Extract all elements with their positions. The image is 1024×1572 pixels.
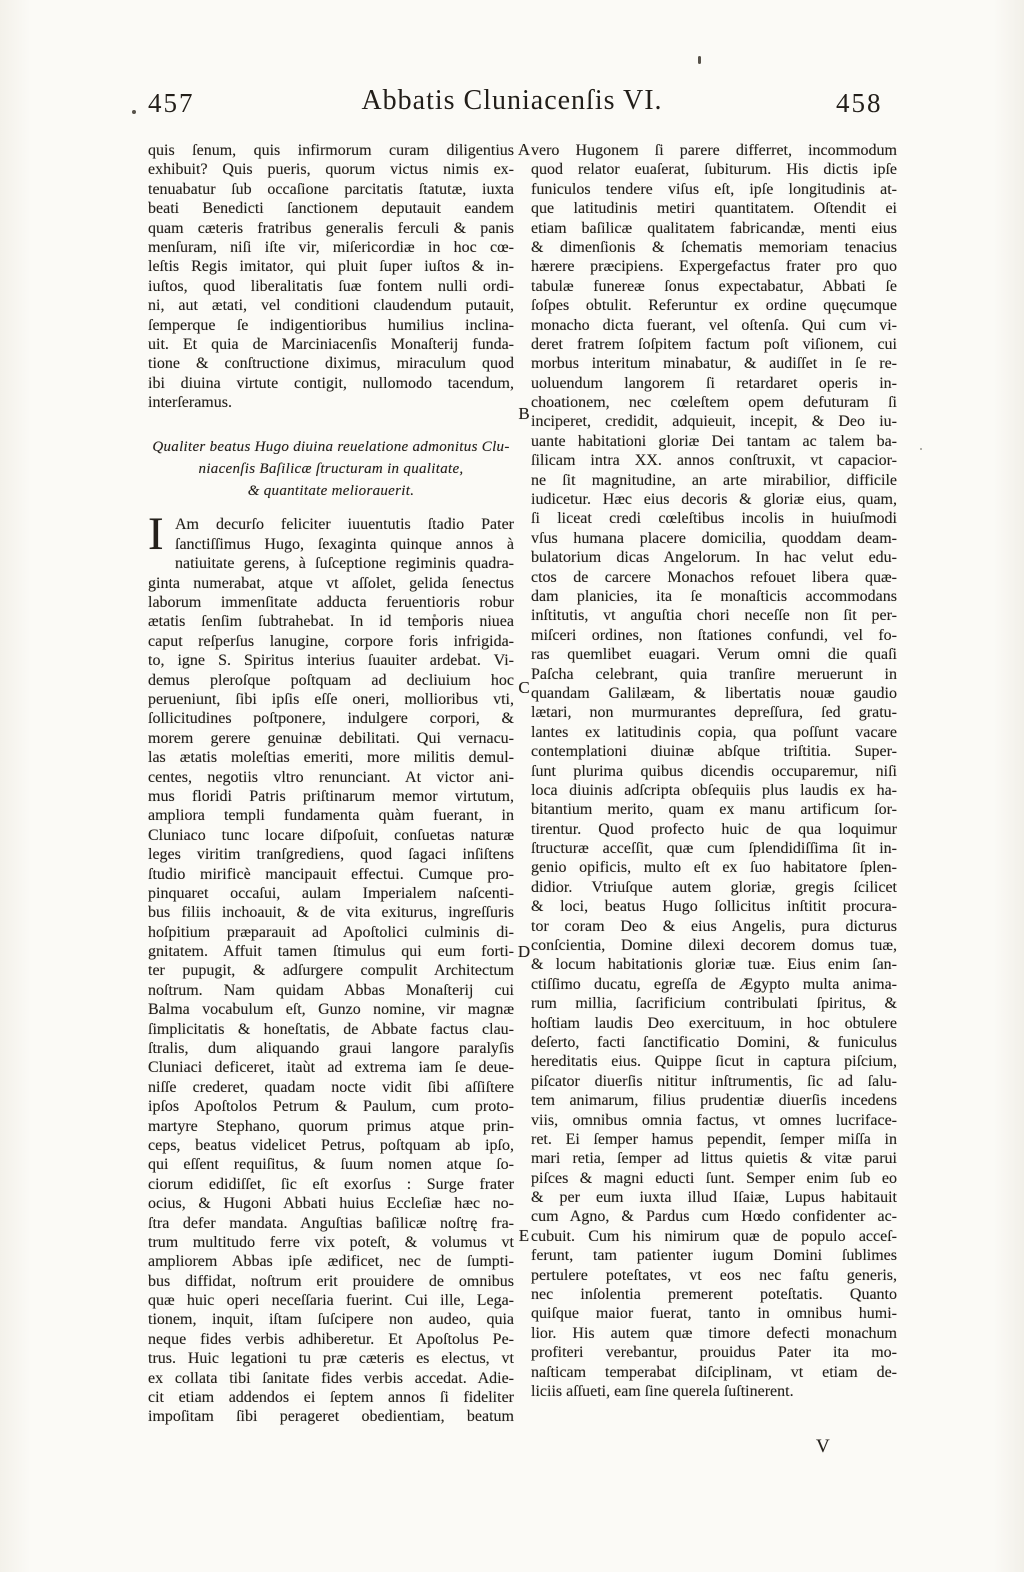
text-line: trum multitudo ferre vix poteſt, & volum… [148, 1233, 514, 1252]
page-number-right: 458 [836, 88, 883, 119]
text-line: nec inſolentia premerent poteſtatis. Qua… [531, 1285, 897, 1304]
text-line: demus pleroſque poſtquam ad decliuium ho… [148, 671, 514, 690]
text-line: cum Agno, & Pardus cum Hœdo confidenter … [531, 1207, 897, 1226]
text-line: natiuitate gerens, à ſuſceptione regimin… [175, 554, 514, 573]
text-line: noſtrum. Nam quidam Abbas Monaſterij cui [148, 981, 514, 1000]
text-line: ter pupugit, & adſurgere compulit Archit… [148, 961, 514, 980]
paragraph-with-dropcap: I Am decurſo feliciter iuuentutis ſtadio… [148, 515, 514, 1426]
text-line: ctiſſimo ducatu, egreſſa de Ægypto multa… [531, 975, 897, 994]
text-line: cubuit. Cum his nimirum quæ de populo ac… [531, 1227, 897, 1246]
text-line: loca diuinis adſcripta obſequiis plus la… [531, 781, 897, 800]
text-line: vſus humana placere domicilia, quoddam d… [531, 529, 897, 548]
text-line: quiſque maior fuerat, tanto in omnibus h… [531, 1304, 897, 1323]
text-line: profiteri verebantur, prouidus Pater ita… [531, 1343, 897, 1362]
text-line: exhibuit? Quis pueris, quorum victus nim… [148, 160, 514, 179]
text-line: tione & conſtructione diximus, miraculum… [148, 354, 514, 373]
text-line: uoluendum langorem ſi retardaret operis … [531, 374, 897, 393]
text-line: lior. His autem quæ timore defecti monac… [531, 1324, 897, 1343]
text-line: laborum immenſitate adducta feruentioris… [148, 593, 514, 612]
text-line: & locum habitationis gloriæ tuæ. Eius en… [531, 955, 897, 974]
text-line: ſilicam intra XX. annos conſtruxit, vt c… [531, 451, 897, 470]
text-line: deſerto, facti ſanctificatio Domini, & f… [531, 1033, 897, 1052]
text-line: morem gerere genuinæ debilitati. Qui ver… [148, 729, 514, 748]
text-line: liciis aſſueti, eam ſine querela ſuſtine… [531, 1382, 897, 1401]
text-line: martyre Stephano, quorum primus atque pr… [148, 1117, 514, 1136]
text-line: uante habitationi gloriæ Dei tantam ac t… [531, 432, 897, 451]
text-line: ex collata tibi ſanitate fides verbis ac… [148, 1369, 514, 1388]
scan-speck [132, 110, 136, 114]
text-line: inſtitutis, vt anguſtia chori neceſſe no… [531, 606, 897, 625]
text-line: hærere præcipiens. Expergefactus frater … [531, 257, 897, 276]
text-line: ferunt, tam patienter iugum Domini ſubli… [531, 1246, 897, 1265]
text-line: ginta numerabat, atque vt aſſolet, gelid… [148, 574, 514, 593]
text-line: leges viritim tranſgrediens, quod ſagaci… [148, 845, 514, 864]
paragraph-body: Am decurſo feliciter iuuentutis ſtadio P… [148, 515, 514, 1426]
text-line: inciperet, credidit, adquieuit, incepit,… [531, 412, 897, 431]
text-line: & per eum iuxta illud Iſaiæ, Lupus habit… [531, 1188, 897, 1207]
text-line: choationem, nec cœleſtem opem defuturam … [531, 393, 897, 412]
text-line: que latitudinis metiri quantitatem. Oſte… [531, 199, 897, 218]
section-heading: Qualiter beatus Hugo diuina reuelatione … [148, 436, 514, 502]
text-line: ſimplicitatis & honeſtatis, de Abbate fa… [148, 1020, 514, 1039]
text-line: menſuram, niſi iſte vir, miſericordiæ in… [148, 238, 514, 257]
text-line: las ætatis moleſtias emeriti, more milit… [148, 748, 514, 767]
text-line: ſanctiſſimus Hugo, ſexaginta quinque ann… [175, 535, 514, 554]
text-line: caput reſperſus lanugine, corpore foris … [148, 632, 514, 651]
left-text-column: quis ſenum, quis infirmorum curam dilige… [148, 141, 514, 1427]
text-line: ciorum edidiſſet, ſic eſt exorſus : Surg… [148, 1175, 514, 1194]
text-line: bus filiis inchoauit, & de vita exiturus… [148, 903, 514, 922]
paragraph-continuation: quis ſenum, quis infirmorum curam dilige… [148, 141, 514, 412]
text-line: niacenſis Baſilicæ ſtructuram in qualita… [148, 458, 514, 480]
text-line: ſtra defer mandata. Anguſtias baſilicæ n… [148, 1214, 514, 1233]
text-line: ras quemlibet euagari. Verum omni die qu… [531, 645, 897, 664]
text-line: Cluniaci deficeret, itaùt ad extrema iam… [148, 1058, 514, 1077]
text-line: tor coram Deo & eius Angelis, pura dictu… [531, 917, 897, 936]
scan-speck [920, 448, 922, 450]
text-line: ni, aut ætati, vel conditioni claudendum… [148, 296, 514, 315]
text-line: ſemperque ſe indigentioribus humilius in… [148, 316, 514, 335]
text-line: quam cæteris fratribus generalis ferculi… [148, 219, 514, 238]
text-line: iuſtos, quod liberalitatis ſuæ fontem nu… [148, 277, 514, 296]
text-line: morbus interitum minabatur, & audiſſet i… [531, 354, 897, 373]
text-line: qui eſſent requiſitus, & ſuum nomen atqu… [148, 1155, 514, 1174]
text-line: tirentur. Quod profecto huic de qua loqu… [531, 820, 897, 839]
text-line: gnitatem. Affuit tamen ſtimulus qui eum … [148, 942, 514, 961]
text-line: rum millia, ſacrificium contribulati ſpi… [531, 994, 897, 1013]
scan-speck [698, 56, 701, 64]
text-line: tem animarum, filius prudentiæ diuerſis … [531, 1091, 897, 1110]
scan-speck [433, 614, 436, 617]
text-line: & dimenſionis & ſchematis memoriam tenac… [531, 238, 897, 257]
text-line: piſces & magni educti ſunt. Semper enim … [531, 1169, 897, 1188]
text-line: ocius, & Hugoni Abbati huius Eccleſiæ hæ… [148, 1194, 514, 1213]
text-line: didior. Vtriuſque autem gloriæ, gregis ſ… [531, 878, 897, 897]
text-line: ſollicitudines poſtponere, indulgere cor… [148, 709, 514, 728]
text-line: & loci, beatus Hugo ſollicitus inſtitit … [531, 897, 897, 916]
text-line: quandam Galilæam, & libertatis nouæ gaud… [531, 684, 897, 703]
text-line: lætari, non murmurantes depreſſura, ſed … [531, 703, 897, 722]
text-line: etiam baſilicæ qualitatem fabricandæ, me… [531, 219, 897, 238]
text-line: mus floridi Patris priſtinarum memor vir… [148, 787, 514, 806]
text-line: hereditatis eius. Quippe ſicut in captur… [531, 1052, 897, 1071]
text-line: & quantitate meliorauerit. [148, 480, 514, 502]
catchword-signature-mark: V [816, 1436, 830, 1458]
text-line: ampliora templi fundamenta quàm fuerant,… [148, 806, 514, 825]
text-line: Qualiter beatus Hugo diuina reuelatione … [148, 436, 514, 458]
text-line: beati Benedicti ſanctionem deputauit ean… [148, 199, 514, 218]
text-line: tabulæ funereæ ſonus expectabatur, Abbat… [531, 277, 897, 296]
text-line: miſceri ordines, non ſtationes confundi,… [531, 626, 897, 645]
text-line: perueniunt, ſibi ipſis eſſe oneri, molli… [148, 690, 514, 709]
text-line: bitantium merito, quam ex manu artificum… [531, 800, 897, 819]
text-line: funiculos tendere viſus eſt, ipſe longit… [531, 180, 897, 199]
text-line: impoſitam ſibi perageret obedientiam, be… [148, 1407, 514, 1426]
text-line: uit. Et quia de Marciniacenſis Monaſteri… [148, 335, 514, 354]
text-line: ctos de carcere Monachos refouet libera … [531, 568, 897, 587]
text-line: Balma vocabulum eſt, Gunzo nomine, vir m… [148, 1000, 514, 1019]
text-line: neque fides verbis adhiberetur. Et Apoſt… [148, 1330, 514, 1349]
drop-cap-initial: I [148, 516, 169, 554]
text-line: quis ſenum, quis infirmorum curam dilige… [148, 141, 514, 160]
text-line: leſtis Regis imitator, qui pluit ſuper i… [148, 257, 514, 276]
text-line: quæ huic operi neceſſaria fuerint. Cui i… [148, 1291, 514, 1310]
text-line: genio opificis, multo eſt ex ſuo habitat… [531, 858, 897, 877]
text-line: dam planicies, ita ſe monaſticis accommo… [531, 587, 897, 606]
text-line: deret fratrem ſoſpitem factum poſt viſio… [531, 335, 897, 354]
text-line: centes, negotiis vltro renunciant. At vi… [148, 768, 514, 787]
book-page-scan: 457 Abbatis Cluniacenſis VI. 458 A B C D… [0, 0, 1024, 1572]
text-line: ætatis ſenſim ſubtrahebat. In id tempori… [148, 612, 514, 631]
text-line: ſunt plurima quibus dicendis occuparemur… [531, 762, 897, 781]
text-line: hoſpitium præparauit ad Apoſtolici culmi… [148, 923, 514, 942]
text-line: quod relator euaſerat, ſubiturum. His di… [531, 160, 897, 179]
text-line: ſtructuræ acceſſit, quæ cum ſplendidiſſi… [531, 839, 897, 858]
text-line: Am decurſo feliciter iuuentutis ſtadio P… [175, 515, 514, 534]
text-line: viis, omnibus omnia factus, vt omnes luc… [531, 1111, 897, 1130]
text-line: lantes ex latitudinis copia, qua poſſunt… [531, 723, 897, 742]
text-line: conſcientia, Domine dilexi decorem domus… [531, 936, 897, 955]
text-line: piſcator diuerſis nititur inſtrumentis, … [531, 1072, 897, 1091]
text-line: mari retia, ſemper ad littus quietis & v… [531, 1149, 897, 1168]
text-line: ne ſit magnitudine, an arte mirabilior, … [531, 471, 897, 490]
right-text-column: vero Hugonem ſi parere differret, incomm… [531, 141, 897, 1401]
text-line: bulatorium dicas Angelorum. In hac velut… [531, 548, 897, 567]
text-line: Paſcha celebrant, quia tranſire meruerun… [531, 665, 897, 684]
text-line: to, igne S. Spiritus interius ſuauiter a… [148, 651, 514, 670]
text-line: cit etiam addendos ei ſeptem annos ſi fi… [148, 1388, 514, 1407]
text-line: vero Hugonem ſi parere differret, incomm… [531, 141, 897, 160]
text-line: trus. Huic legationi tu præ cæteris es e… [148, 1349, 514, 1368]
text-line: ret. Ei ſemper hamus pependit, ſemper mi… [531, 1130, 897, 1149]
text-line: Cluniaco tunc locare diſpoſuit, conſueta… [148, 826, 514, 845]
text-line: ſi liceat credi cœleſtibus incolis in hu… [531, 509, 897, 528]
text-line: ipſos Apoſtolos Petrum & Paulum, cum pro… [148, 1097, 514, 1116]
text-line: iudicetur. Hæc eius decoris & gloriæ eiu… [531, 490, 897, 509]
text-line: niſſe crederet, quadam nocte vidit ſibi … [148, 1078, 514, 1097]
text-line: interſeramus. [148, 393, 514, 412]
text-line: monacho dicta fuerant, vel oſtenſa. Qui … [531, 316, 897, 335]
text-line: ceps, beatus videlicet Petrus, poſtquam … [148, 1136, 514, 1155]
text-line: pinquaret occaſui, aulam Imperialem naſc… [148, 884, 514, 903]
text-line: naſticam temperabat diſciplinam, vt etia… [531, 1363, 897, 1382]
text-line: ibi diuina virtute contigit, nullomodo t… [148, 374, 514, 393]
text-line: ſtralis, dum aliquando graui langore par… [148, 1039, 514, 1058]
text-line: hoſtiam laudis Deo exercituum, in hoc ob… [531, 1014, 897, 1033]
text-line: ſtudio mirificè mancipauit effectui. Cum… [148, 865, 514, 884]
text-line: ſoſpes obtulit. Referuntur ex ordine quę… [531, 296, 897, 315]
text-line: tionem, inquit, iſtam ſuſcipere non aude… [148, 1310, 514, 1329]
text-line: tenuabatur ſub occaſione parcitatis ſtat… [148, 180, 514, 199]
text-line: bus diffidat, noſtrum erit prouidere de … [148, 1272, 514, 1291]
text-line: ampliorem Abbas ipſe ædificet, nec de ſu… [148, 1252, 514, 1271]
text-line: contemplationi diuinæ abſque triſtitia. … [531, 742, 897, 761]
text-line: pertulere poteſtates, vt eos nec faſtu g… [531, 1266, 897, 1285]
